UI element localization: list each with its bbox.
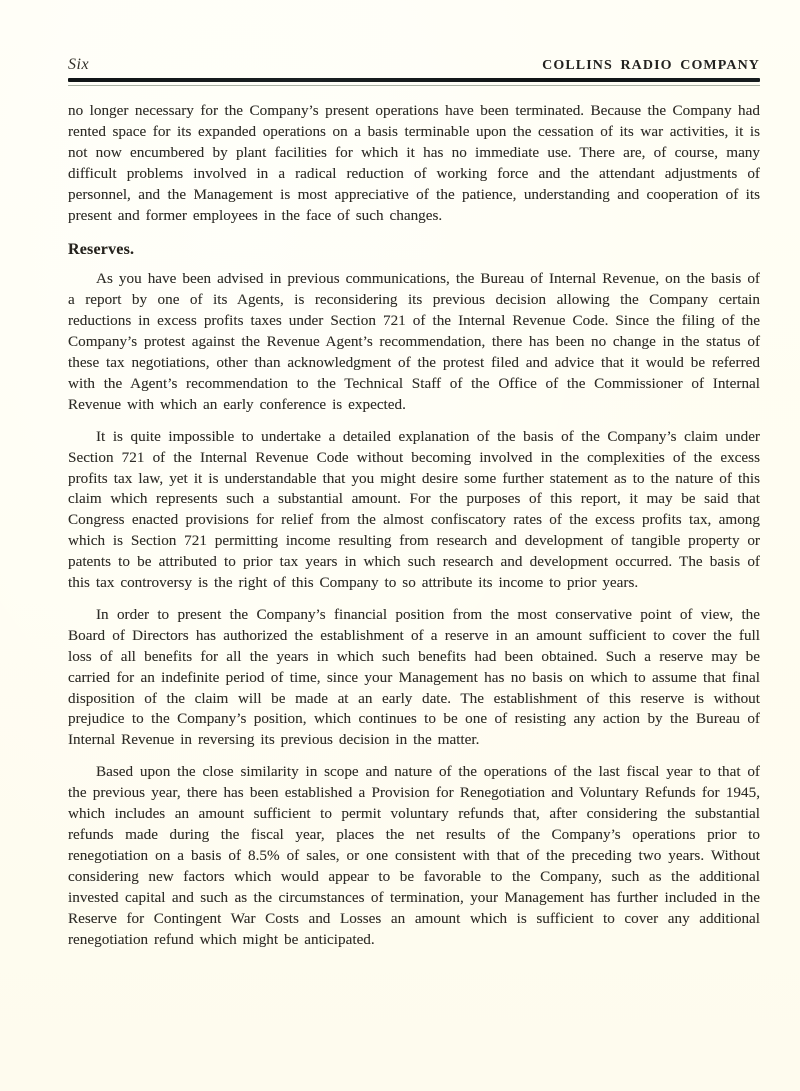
paragraph-continuation: no longer necessary for the Company’s pr… bbox=[68, 101, 760, 226]
paragraph-reserves-1: As you have been advised in previous com… bbox=[68, 269, 760, 415]
paragraph-reserves-3: In order to present the Company’s financ… bbox=[68, 605, 760, 751]
paragraph-reserves-4: Based upon the close similarity in scope… bbox=[68, 762, 760, 950]
page-number: Six bbox=[68, 56, 89, 74]
header-rule-thin bbox=[68, 85, 760, 86]
page-header: Six COLLINS RADIO COMPANY bbox=[68, 56, 760, 74]
section-heading-reserves: Reserves. bbox=[68, 240, 760, 261]
page-body: no longer necessary for the Company’s pr… bbox=[68, 101, 760, 950]
page-content: Six COLLINS RADIO COMPANY no longer nece… bbox=[68, 56, 760, 961]
header-rule-thick bbox=[68, 78, 760, 82]
document-page: Six COLLINS RADIO COMPANY no longer nece… bbox=[0, 0, 800, 1091]
paragraph-reserves-2: It is quite impossible to undertake a de… bbox=[68, 427, 760, 594]
company-name-header: COLLINS RADIO COMPANY bbox=[542, 58, 760, 74]
